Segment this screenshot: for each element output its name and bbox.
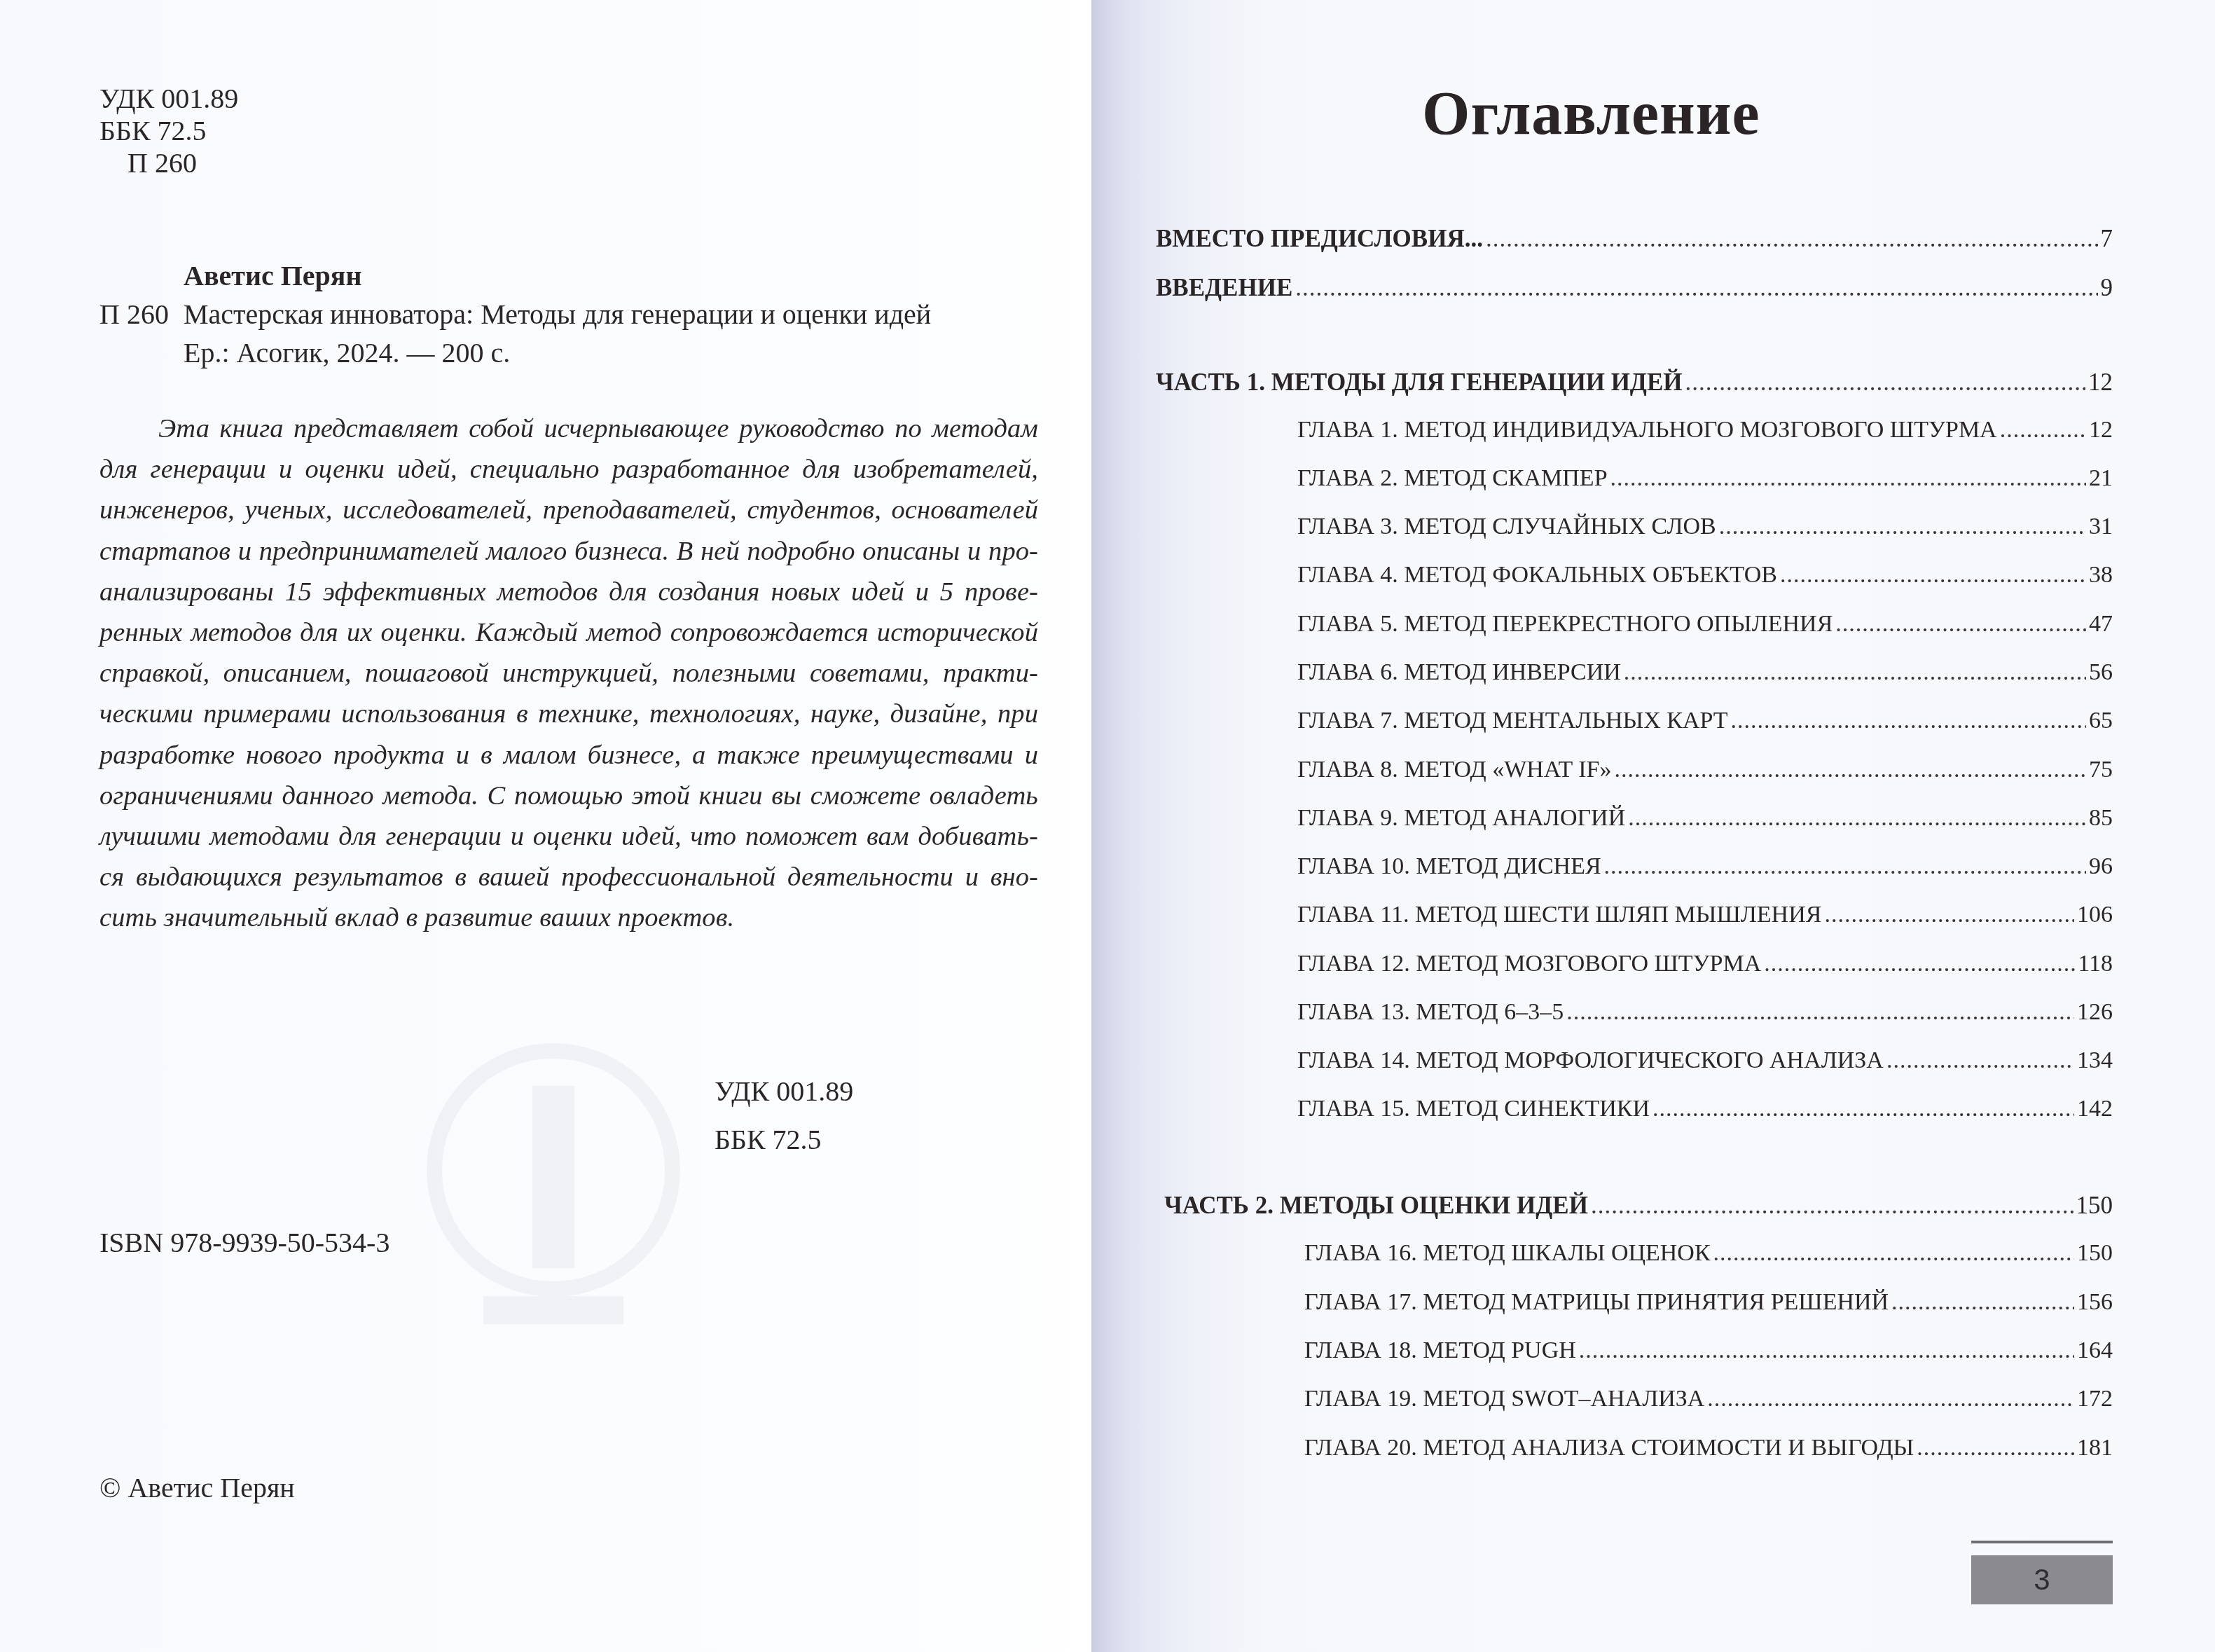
dot-leader [1764,949,2075,979]
author-mark: П 260 [99,147,238,179]
toc-chapter-entry[interactable]: ГЛАВА 3. МЕТОД СЛУЧАЙНЫХ СЛОВ31 [1297,512,2113,542]
abstract-line: ческими примерами использования в техник… [99,694,1038,734]
bbk-code-bottom: ББК 72.5 [715,1115,853,1164]
toc-chapter-entry[interactable]: ГЛАВА 19. МЕТОД SWOT–АНАЛИЗА172 [1304,1384,2113,1414]
toc-chapter-entry[interactable]: ГЛАВА 9. МЕТОД АНАЛОГИЙ85 [1297,804,2113,833]
copyright-notice: © Аветис Перян [99,1471,295,1504]
toc-chapter-entry[interactable]: ГЛАВА 1. МЕТОД ИНДИВИДУАЛЬНОГО МОЗГОВОГО… [1297,415,2113,445]
abstract-line: инженеров, ученых, исследователей, препо… [99,490,1038,530]
abstract-line: для генерации и оценки идей, специально … [99,449,1038,490]
book-abstract: Эта книга представляет собой исчерпывающ… [99,408,1038,939]
toc-entry-label: ГЛАВА 6. МЕТОД ИНВЕРСИИ [1297,658,1621,687]
toc-entry-label: ГЛАВА 17. МЕТОД МАТРИЦЫ ПРИНЯТИЯ РЕШЕНИЙ [1304,1288,1889,1317]
bbk-code: ББК 72.5 [99,115,238,147]
toc-entry-label: ГЛАВА 5. МЕТОД ПЕРЕКРЕСТНОГО ОПЫЛЕНИЯ [1297,610,1833,639]
toc-chapter-entry[interactable]: ГЛАВА 17. МЕТОД МАТРИЦЫ ПРИНЯТИЯ РЕШЕНИЙ… [1304,1288,2113,1317]
toc-entry-page: 21 [2089,464,2113,493]
toc-entry-label: ГЛАВА 13. МЕТОД 6–3–5 [1297,998,1564,1027]
toc-chapter-entry[interactable]: ГЛАВА 13. МЕТОД 6–3–5126 [1297,998,2113,1027]
toc-part-entry[interactable]: ЧАСТЬ 1. МЕТОДЫ ДЛЯ ГЕНЕРАЦИИ ИДЕЙ12 [1156,368,2113,397]
toc-entry-page: 96 [2089,852,2113,881]
toc-chapter-entry[interactable]: ГЛАВА 8. МЕТОД «WHAT IF»75 [1297,755,2113,785]
toc-entry-page: 126 [2077,998,2113,1027]
publisher-line: Ер.: Асогик, 2024. — 200 с. [184,336,510,369]
abstract-line: ся выдающихся результатов в вашей профес… [99,857,1038,897]
toc-entry-page: 118 [2078,949,2113,979]
toc-entry-page: 7 [2101,224,2113,254]
toc-entry-label: ГЛАВА 11. МЕТОД ШЕСТИ ШЛЯП МЫШЛЕНИЯ [1297,900,1821,930]
toc-entry-label: ЧАСТЬ 2. МЕТОДЫ ОЦЕНКИ ИДЕЙ [1164,1191,1588,1220]
toc-entry-page: 56 [2089,658,2113,687]
page-number: 3 [1971,1555,2113,1604]
toc-chapter-entry[interactable]: ГЛАВА 4. МЕТОД ФОКАЛЬНЫХ ОБЪЕКТОВ38 [1297,560,2113,590]
udk-code: УДК 001.89 [99,83,238,115]
toc-part-entry[interactable]: ВМЕСТО ПРЕДИСЛОВИЯ...7 [1156,224,2113,254]
toc-entry-label: ГЛАВА 12. МЕТОД МОЗГОВОГО ШТУРМА [1297,949,1761,979]
toc-chapter-entry[interactable]: ГЛАВА 5. МЕТОД ПЕРЕКРЕСТНОГО ОПЫЛЕНИЯ47 [1297,610,2113,639]
toc-entry-label: ГЛАВА 10. МЕТОД ДИСНЕЯ [1297,852,1601,881]
library-codes-top: УДК 001.89 ББК 72.5 П 260 [99,83,238,179]
dot-leader [1917,1433,2074,1463]
abstract-line: анализированы 15 эффективных методов для… [99,572,1038,612]
abstract-line: стартапов и предпринимателей малого бизн… [99,531,1038,572]
dot-leader [1615,755,2087,785]
toc-entry-label: ГЛАВА 18. МЕТОД PUGH [1304,1336,1576,1365]
toc-entry-label: ГЛАВА 4. МЕТОД ФОКАЛЬНЫХ ОБЪЕКТОВ [1297,560,1777,590]
dot-leader [1685,368,2085,397]
toc-entry-page: 134 [2077,1046,2113,1075]
toc-entry-label: ГЛАВА 1. МЕТОД ИНДИВИДУАЛЬНОГО МОЗГОВОГО… [1297,415,1997,445]
dot-leader [1886,1046,2074,1075]
toc-chapter-entry[interactable]: ГЛАВА 11. МЕТОД ШЕСТИ ШЛЯП МЫШЛЕНИЯ106 [1297,900,2113,930]
toc-entry-label: ЧАСТЬ 1. МЕТОДЫ ДЛЯ ГЕНЕРАЦИИ ИДЕЙ [1156,368,1683,397]
dot-leader [1707,1384,2074,1414]
library-codes-bottom: УДК 001.89 ББК 72.5 [715,1067,853,1164]
dot-leader [1628,804,2086,833]
toc-entry-page: 150 [2076,1191,2113,1220]
author-name: Аветис Перян [184,259,362,292]
toc-entry-page: 142 [2077,1094,2113,1124]
toc-part-entry[interactable]: ЧАСТЬ 2. МЕТОДЫ ОЦЕНКИ ИДЕЙ150 [1164,1191,2113,1220]
show-through-emblem [406,1030,701,1352]
toc-entry-page: 75 [2089,755,2113,785]
dot-leader [1579,1336,2074,1365]
dot-leader [1713,1239,2074,1268]
abstract-line: Эта книга представляет собой исчерпывающ… [99,408,1038,449]
abstract-line: сить значительный вклад в развитие ваших… [99,897,1038,938]
toc-entry-page: 38 [2089,560,2113,590]
toc-entry-label: ГЛАВА 2. МЕТОД СКАМПЕР [1297,464,1608,493]
toc-entry-page: 156 [2077,1288,2113,1317]
toc-part-entry[interactable]: ВВЕДЕНИЕ9 [1156,273,2113,303]
toc-entry-page: 85 [2089,804,2113,833]
toc-chapter-entry[interactable]: ГЛАВА 12. МЕТОД МОЗГОВОГО ШТУРМА118 [1297,949,2113,979]
toc-chapter-entry[interactable]: ГЛАВА 10. МЕТОД ДИСНЕЯ96 [1297,852,2113,881]
toc-entry-page: 150 [2077,1239,2113,1268]
udk-code-bottom: УДК 001.89 [715,1067,853,1115]
toc-entry-page: 47 [2089,610,2113,639]
toc-entry-label: ГЛАВА 9. МЕТОД АНАЛОГИЙ [1297,804,1625,833]
toc-chapter-entry[interactable]: ГЛАВА 6. МЕТОД ИНВЕРСИИ56 [1297,658,2113,687]
toc-title: Оглавление [1422,78,1760,149]
dot-leader [1295,273,2097,303]
toc-entry-label: ГЛАВА 3. МЕТОД СЛУЧАЙНЫХ СЛОВ [1297,512,1716,542]
toc-entry-label: ГЛАВА 7. МЕТОД МЕНТАЛЬНЫХ КАРТ [1297,706,1728,736]
dot-leader [1624,658,2086,687]
toc-entry-page: 65 [2089,706,2113,736]
toc-chapter-entry[interactable]: ГЛАВА 7. МЕТОД МЕНТАЛЬНЫХ КАРТ65 [1297,706,2113,736]
abstract-line: ограничениями данного метода. С помощью … [99,776,1038,816]
dot-leader [1824,900,2074,930]
abstract-line: ренных методов для их оценки. Каждый мет… [99,612,1038,653]
toc-entry-page: 164 [2077,1336,2113,1365]
dot-leader [1566,998,2074,1027]
dot-leader [1486,224,2098,254]
toc-entry-page: 181 [2077,1433,2113,1463]
toc-chapter-entry[interactable]: ГЛАВА 20. МЕТОД АНАЛИЗА СТОИМОСТИ И ВЫГО… [1304,1433,2113,1463]
isbn: ISBN 978-9939-50-534-3 [99,1226,389,1259]
toc-entry-label: ВВЕДЕНИЕ [1156,273,1292,303]
dot-leader [1780,560,2086,590]
catalog-code: П 260 [99,298,169,331]
toc-entry-label: ГЛАВА 19. МЕТОД SWOT–АНАЛИЗА [1304,1384,1704,1414]
toc-entry-label: ГЛАВА 15. МЕТОД СИНЕКТИКИ [1297,1094,1650,1124]
toc-entry-page: 172 [2077,1384,2113,1414]
toc-entry-page: 9 [2101,273,2113,303]
toc-entry-label: ГЛАВА 8. МЕТОД «WHAT IF» [1297,755,1612,785]
dot-leader [1591,1191,2073,1220]
toc-entry-page: 12 [2089,415,2113,445]
toc-entry-page: 12 [2088,368,2113,397]
left-page: УДК 001.89 ББК 72.5 П 260 Аветис Перян П… [0,0,1091,1652]
abstract-line: разработке нового продукта и в малом биз… [99,735,1038,776]
dot-leader [1604,852,2086,881]
footer-rule [1971,1541,2113,1543]
dot-leader [1719,512,2086,542]
dot-leader [2000,415,2086,445]
toc-chapter-entry[interactable]: ГЛАВА 14. МЕТОД МОРФОЛОГИЧЕСКОГО АНАЛИЗА… [1297,1046,2113,1075]
toc-entry-page: 106 [2077,900,2113,930]
toc-chapter-entry[interactable]: ГЛАВА 2. МЕТОД СКАМПЕР21 [1297,464,2113,493]
toc-entry-label: ВМЕСТО ПРЕДИСЛОВИЯ... [1156,224,1483,254]
toc-entry-label: ГЛАВА 16. МЕТОД ШКАЛЫ ОЦЕНОК [1304,1239,1711,1268]
dot-leader [1891,1288,2074,1317]
toc-entry-label: ГЛАВА 14. МЕТОД МОРФОЛОГИЧЕСКОГО АНАЛИЗА [1297,1046,1884,1075]
toc-entry-label: ГЛАВА 20. МЕТОД АНАЛИЗА СТОИМОСТИ И ВЫГО… [1304,1433,1914,1463]
dot-leader [1835,610,2086,639]
toc-entry-page: 31 [2089,512,2113,542]
toc-chapter-entry[interactable]: ГЛАВА 16. МЕТОД ШКАЛЫ ОЦЕНОК150 [1304,1239,2113,1268]
dot-leader [1652,1094,2074,1124]
book-title: Мастерская инноватора: Методы для генера… [184,298,931,331]
abstract-line: лучшими методами для генерации и оценки … [99,816,1038,857]
toc-chapter-entry[interactable]: ГЛАВА 18. МЕТОД PUGH164 [1304,1336,2113,1365]
toc-chapter-entry[interactable]: ГЛАВА 15. МЕТОД СИНЕКТИКИ142 [1297,1094,2113,1124]
dot-leader [1610,464,2086,493]
abstract-line: справкой, описанием, пошаговой инструкци… [99,653,1038,694]
dot-leader [1731,706,2086,736]
